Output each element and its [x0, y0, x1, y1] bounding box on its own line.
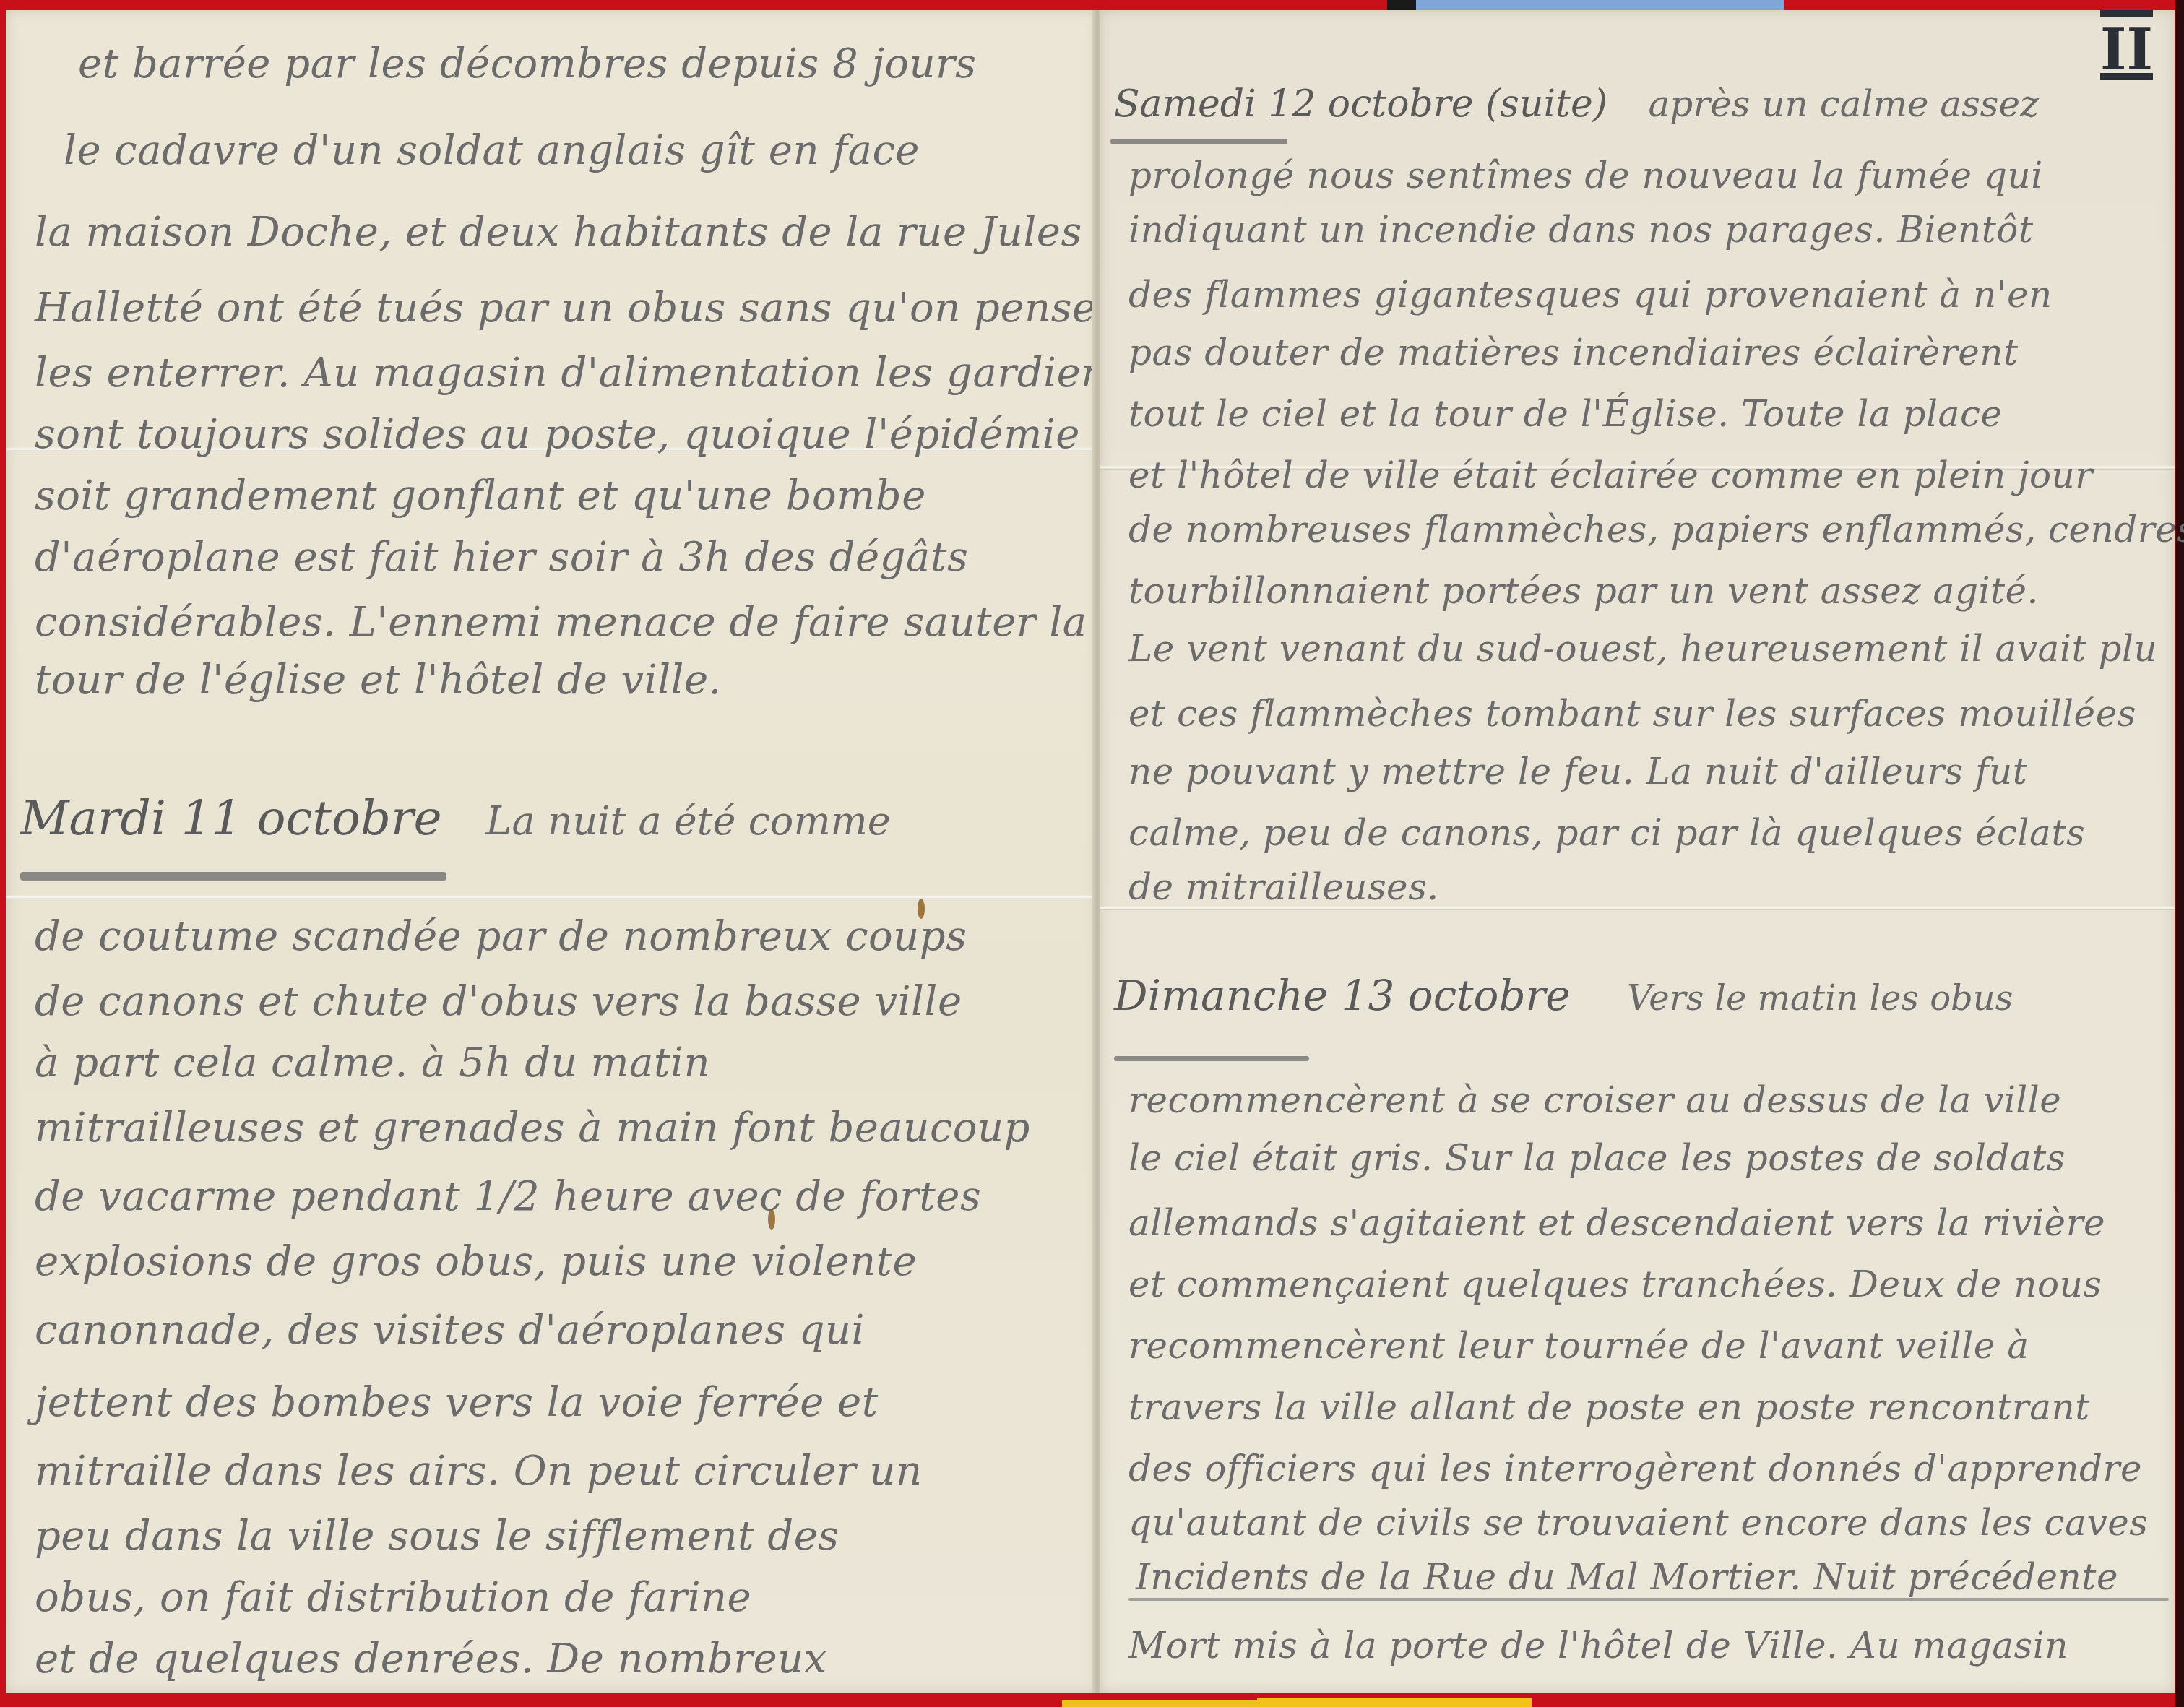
- text-line: des officiers qui les interrogèrent donn…: [1128, 1448, 2142, 1490]
- stain-mark: [768, 1209, 775, 1230]
- right-page: II Samedi 12 octobre (suite) après un ca…: [1100, 10, 2175, 1693]
- text-line: explosions de gros obus, puis une violen…: [35, 1238, 917, 1285]
- text-line: le cadavre d'un soldat anglais gît en fa…: [64, 127, 920, 174]
- text-line: la maison Doche, et deux habitants de la…: [35, 209, 1082, 256]
- text-line: tourbillonnaient portées par un vent ass…: [1128, 570, 2039, 612]
- heading-underline: [1114, 1056, 1309, 1061]
- text-line: recommencèrent à se croiser au dessus de…: [1128, 1079, 2061, 1121]
- text-line: d'aéroplane est fait hier soir à 3h des …: [35, 534, 968, 581]
- text-line: de mitrailleuses.: [1128, 866, 1439, 908]
- entry-date: Mardi 11 octobre: [20, 790, 442, 846]
- text-line: et l'hôtel de ville était éclairée comme…: [1128, 454, 2093, 496]
- text-line: Halletté ont été tués par un obus sans q…: [35, 285, 1097, 332]
- text-line: Le vent venant du sud-ouest, heureusemen…: [1128, 628, 2157, 670]
- paper-fold: [6, 895, 1098, 899]
- text-line: de canons et chute d'obus vers la basse …: [35, 978, 962, 1025]
- text-line: allemands s'agitaient et descendaient ve…: [1128, 1202, 2105, 1244]
- entry-heading: Mardi 11 octobre La nuit a été comme: [20, 790, 891, 846]
- text-line: le ciel était gris. Sur la place les pos…: [1128, 1137, 2066, 1179]
- text-line: et de quelques denrées. De nombreux: [35, 1635, 827, 1682]
- entry-heading: Dimanche 13 octobre Vers le matin les ob…: [1114, 971, 2013, 1020]
- text-line: ne pouvant y mettre le feu. La nuit d'ai…: [1128, 751, 2027, 792]
- text-line: prolongé nous sentîmes de nouveau la fum…: [1128, 155, 2043, 196]
- left-page: et barrée par les décombres depuis 8 jou…: [6, 10, 1098, 1693]
- text-line: obus, on fait distribution de farine: [35, 1574, 751, 1621]
- text-line: considérables. L'ennemi menace de faire …: [35, 599, 1087, 646]
- entry-opening: après un calme assez: [1649, 83, 2040, 125]
- heading-underline: [20, 872, 446, 881]
- text-line: jettent des bombes vers la voie ferrée e…: [35, 1379, 879, 1426]
- entry-heading: Samedi 12 octobre (suite) après un calme…: [1114, 82, 2039, 126]
- text-line: canonnade, des visites d'aéroplanes qui: [35, 1307, 865, 1354]
- text-line: calme, peu de canons, par ci par là quel…: [1128, 812, 2085, 854]
- entry-date: Samedi 12 octobre (suite): [1114, 82, 1607, 126]
- text-line: de nombreuses flammèches, papiers enflam…: [1128, 509, 2184, 550]
- page-number: II: [2100, 17, 2153, 83]
- backing-edge: [1416, 0, 1784, 10]
- backing-edge: [1257, 1698, 1532, 1707]
- text-line: Incidents de la Rue du Mal Mortier. Nuit…: [1136, 1556, 2118, 1598]
- text-line: sont toujours solides au poste, quoique …: [35, 411, 1080, 458]
- text-line: et barrée par les décombres depuis 8 jou…: [78, 40, 977, 87]
- heading-underline: [1110, 139, 1287, 144]
- backing-edge: [1387, 0, 1416, 10]
- backing-edge: [2175, 0, 2184, 1707]
- entry-opening: La nuit a été comme: [486, 798, 891, 844]
- entry-opening: Vers le matin les obus: [1627, 978, 2013, 1019]
- text-line: travers la ville allant de poste en post…: [1128, 1386, 2090, 1428]
- text-line: de vacarme pendant 1/2 heure avec de for…: [35, 1173, 981, 1220]
- text-line: mitraille dans les airs. On peut circule…: [35, 1448, 923, 1495]
- text-line: des flammes gigantesques qui provenaient…: [1128, 274, 2053, 316]
- scanned-document: et barrée par les décombres depuis 8 jou…: [0, 0, 2184, 1707]
- text-line: tout le ciel et la tour de l'Église. Tou…: [1128, 393, 2002, 435]
- stain-mark: [918, 899, 925, 919]
- text-line: indiquant un incendie dans nos parages. …: [1128, 209, 2033, 251]
- text-line: soit grandement gonflant et qu'une bombe: [35, 472, 926, 519]
- section-underline: [1128, 1598, 2169, 1601]
- text-line: et commençaient quelques tranchées. Deux…: [1128, 1263, 2102, 1305]
- text-line: pas douter de matières incendiaires écla…: [1128, 332, 2019, 373]
- text-line: et ces flammèches tombant sur les surfac…: [1128, 693, 2136, 735]
- text-line: mitrailleuses et grenades à main font be…: [35, 1105, 1030, 1151]
- text-line: qu'autant de civils se trouvaient encore…: [1128, 1502, 2148, 1544]
- text-line: peu dans la ville sous le sifflement des: [35, 1513, 839, 1560]
- entry-date: Dimanche 13 octobre: [1114, 971, 1571, 1020]
- text-line: recommencèrent leur tournée de l'avant v…: [1128, 1325, 2029, 1367]
- text-line: les enterrer. Au magasin d'alimentation …: [35, 350, 1128, 397]
- text-line: de coutume scandée par de nombreux coups: [35, 913, 967, 960]
- text-line: à part cela calme. à 5h du matin: [35, 1040, 710, 1086]
- text-line: Mort mis à la porte de l'hôtel de Ville.…: [1128, 1625, 2068, 1667]
- text-line: tour de l'église et l'hôtel de ville.: [35, 657, 722, 704]
